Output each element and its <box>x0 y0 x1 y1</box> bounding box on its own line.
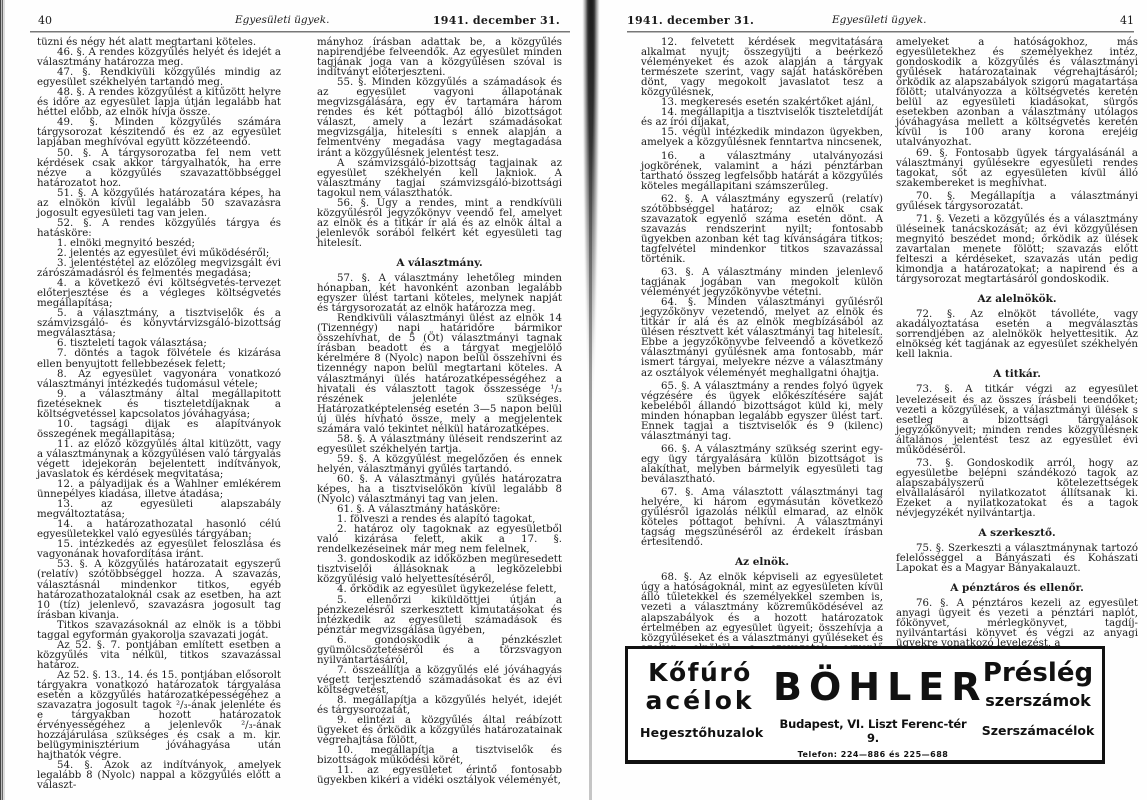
paragraph: 4. a következő évi költségvetés-tervezet… <box>37 279 281 309</box>
paragraph: 7. összeállítja a közgyűlés elé jóváhagy… <box>317 666 562 696</box>
paragraph: 66. §. A választmány szükség szerint egy… <box>641 445 883 485</box>
paragraph: 60. §. A választmányi gyűlés határozatra… <box>317 475 562 505</box>
paragraph: 56. §. Úgy a rendes, mint a rendkívüli k… <box>317 199 562 249</box>
paragraph: A számvizsgáló-bizottság tagjainak az eg… <box>317 159 562 199</box>
paragraph: 63. §. A választmány minden jelenlevő ta… <box>641 268 883 298</box>
paragraph: 65. §. A választmány a rendes folyó ügye… <box>641 382 883 442</box>
running-header: 1941. december 31. Egyesületi ügyek. 41 <box>627 14 1134 32</box>
issue-date: 1941. december 31. <box>627 14 754 27</box>
paragraph: 5. a választmány, a tisztviselők és a sz… <box>37 309 281 339</box>
ad-right-sub: Szerszámacélok <box>978 723 1098 739</box>
header-rule <box>627 31 1134 33</box>
paragraph: 64. §. Minden választmányi gyűlésről jeg… <box>641 298 883 378</box>
paragraph: mányhoz írásban adattak be, a közgyűlés … <box>317 38 562 78</box>
paragraph: 12. a pályadijak és a Wahlner emlékérem … <box>37 480 281 500</box>
text-column: mányhoz írásban adattak be, a közgyűlés … <box>317 38 562 786</box>
paragraph: 14. a határozathozatal hasonló célú egye… <box>37 520 281 540</box>
paragraph: 47. §. Rendkivüli közgyűlés mindig az eg… <box>37 68 281 88</box>
section-heading: A titkár. <box>896 369 1138 379</box>
ad-left-sub: Hegesztőhuzalok <box>640 725 760 741</box>
section-heading: Az elnök. <box>641 557 883 567</box>
section-heading: A pénztáros és ellenőr. <box>896 583 1138 593</box>
paragraph: 10. megállapítja a tisztviselők és bizot… <box>317 746 562 766</box>
ad-left-line2: acélok <box>640 687 760 715</box>
paragraph: 62. §. A választmány egyszerű (relatív) … <box>641 195 883 265</box>
paragraph: 11. az előző közgyűlés által kitüzött, v… <box>37 440 281 480</box>
bohler-advertisement: Kőfúró acélok Hegesztőhuzalok BÖHLER Bud… <box>625 646 1105 764</box>
paragraph: 54. §. Azok az indítványok, amelyek lega… <box>37 761 281 791</box>
paragraph: 51. §. A közgyűlés határozatára képes, h… <box>37 189 281 219</box>
paragraph: 15. végül intézkedik mindazon ügyekben, … <box>641 128 883 148</box>
paragraph: Titkos szavazásoknál az elnök is a többi… <box>37 621 281 641</box>
paragraph: 3. gondoskodik az időközben megüresedett… <box>317 555 562 585</box>
ad-brand: BÖHLER <box>773 667 973 707</box>
paragraph: 73. §. Gondoskodik arról, hogy az egyesü… <box>896 459 1138 519</box>
paragraph: 8. megállapítja a közgyűlés helyét, idej… <box>317 696 562 716</box>
text-column: 12. felvetett kérdések megvitatására alk… <box>641 38 883 674</box>
ad-right-block: Préslég szerszámok Szerszámacélok <box>978 659 1098 739</box>
paragraph: 72. §. Az elnököt távolléte, vagy akadál… <box>896 310 1138 360</box>
paragraph: 67. §. Ama választott választmányi tag h… <box>641 488 883 548</box>
paragraph: 75. §. Szerkeszti a választmánynak tarto… <box>896 544 1138 574</box>
ad-phone: Telefon: 224—886 és 225—688 <box>773 749 973 761</box>
paragraph: 9. elintézi a közgyűlés által reábízott … <box>317 716 562 746</box>
paragraph: 69. §. Fontosabb ügyek tárgyalásánál a v… <box>896 149 1138 189</box>
left-page: 40 Egyesületi ügyek. 1941. december 31. … <box>30 0 570 800</box>
paragraph: Az 52. §. 7. pontjában említett esetben … <box>37 641 281 671</box>
paragraph: 58. §. A választmány üléseit rendszerint… <box>317 435 562 455</box>
paragraph: 14. megállapitja a tisztviselők tisztele… <box>641 108 883 128</box>
header-rule <box>30 31 570 33</box>
paragraph: 50. §. A tárgysorozatba fel nem vett kér… <box>37 149 281 189</box>
binding-edge <box>0 0 5 800</box>
paragraph: 71. §. Vezeti a közgyűlés és a választmá… <box>896 215 1138 285</box>
ad-left-line1: Kőfúró <box>640 659 760 687</box>
book-spread: 40 Egyesületi ügyek. 1941. december 31. … <box>0 0 1147 800</box>
paragraph: Rendkivüli választmányi ülést az elnök 1… <box>317 314 562 435</box>
paragraph: 7. döntés a tagok fölvétele és kizárása … <box>37 349 281 369</box>
paragraph: 57. §. A választmány lehetőleg minden hó… <box>317 274 562 314</box>
paragraph: 55. §. Minden közgyűlés a számadások és … <box>317 78 562 158</box>
paragraph: 15. intézkedés az egyesület feloszlása é… <box>37 540 281 560</box>
paragraph: 13. az egyesületi alapszabály megváltozt… <box>37 500 281 520</box>
ad-center-block: BÖHLER Budapest, VI. Liszt Ferenc-tér 9.… <box>773 667 973 761</box>
paragraph: amelyeket a hatóságokhoz, más egyesülete… <box>896 38 1138 149</box>
paragraph: 10. tagsági dijak es alapítványok összeg… <box>37 420 281 440</box>
issue-date: 1941. december 31. <box>433 14 560 27</box>
paragraph: 76. §. A pénztáros kezeli az egyesület a… <box>896 599 1138 649</box>
paragraph: 48. §. A rendes közgyűlést a kitűzött he… <box>37 88 281 118</box>
running-title: Egyesületi ügyek. <box>832 14 927 26</box>
running-title: Egyesületi ügyek. <box>235 14 330 26</box>
section-heading: A választmány. <box>317 258 562 268</box>
paragraph: 6. gondoskodik a pénzkészlet gyümölcsözt… <box>317 636 562 666</box>
paragraph: 9. a választmány által megállapitott fiz… <box>37 390 281 420</box>
paragraph: 2. határoz oly tagoknak az egyesületből … <box>317 525 562 555</box>
ad-left-block: Kőfúró acélok Hegesztőhuzalok <box>640 659 760 741</box>
ad-right-line2: szerszámok <box>978 691 1098 711</box>
page-number: 41 <box>1120 14 1134 27</box>
paragraph: 12. felvetett kérdések megvitatására alk… <box>641 38 883 98</box>
paragraph: 59. §. A közgyűlést megelőzően és ennek … <box>317 455 562 475</box>
ad-right-line1: Préslég <box>978 659 1098 687</box>
running-header: 40 Egyesületi ügyek. 1941. december 31. <box>30 14 570 32</box>
paragraph: 8. Az egyesület vagyonára vonatkozó vála… <box>37 370 281 390</box>
section-heading: Az alelnökök. <box>896 294 1138 304</box>
section-heading: A szerkesztő. <box>896 528 1138 538</box>
paragraph: 5. ellenőrzi kiküldöttjei útján a pénzke… <box>317 596 562 636</box>
paragraph: Az 52. §. 13., 14. és 15. pontjában elős… <box>37 671 281 761</box>
text-column: tüzni és négy hét alatt megtartani kötel… <box>37 38 281 792</box>
text-column: amelyeket a hatóságokhoz, más egyesülete… <box>896 38 1138 650</box>
page-number: 40 <box>38 14 52 27</box>
paragraph: 49. §. Minden közgyűlés számára tárgysor… <box>37 118 281 148</box>
paragraph: 73. §. A titkár végzi az egyesület level… <box>896 385 1138 455</box>
paragraph: 16. a választmány utalványozási jogkörén… <box>641 152 883 192</box>
ad-address: Budapest, VI. Liszt Ferenc-tér 9. <box>773 717 973 745</box>
paragraph: 11. az egyesületet érintő fontosabb ügye… <box>317 766 562 786</box>
paragraph: 70. §. Megállapítja a választmányi gyűlé… <box>896 192 1138 212</box>
paragraph: 53. §. A közgyűlés határozatait egyszerű… <box>37 560 281 620</box>
paragraph: 46. §. A rendes közgyűlés helyét és idej… <box>37 48 281 68</box>
paragraph: 3. jelentéstétel az előzőleg megvizsgált… <box>37 259 281 279</box>
paragraph: 52. §. A rendes közgyűlés tárgya és hatá… <box>37 219 281 239</box>
page-gutter-shadow <box>578 0 604 800</box>
